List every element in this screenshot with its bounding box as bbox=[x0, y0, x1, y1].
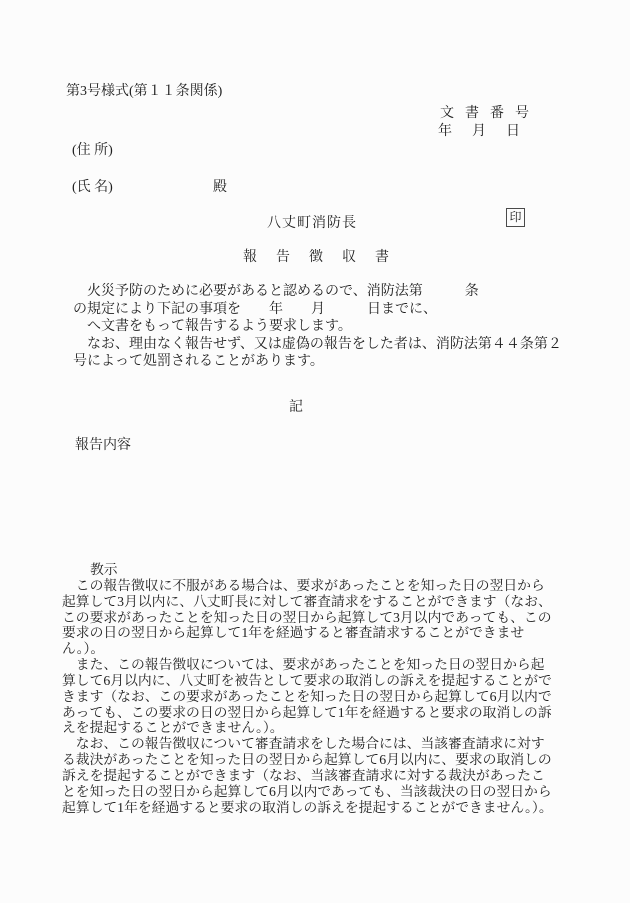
instruction-line: 訴えを提起することができます（なお、当該審査請求に対する裁決があったこ bbox=[62, 768, 553, 784]
form-number: 第3号様式(第１１条関係) bbox=[66, 80, 222, 100]
instruction-line: きます（なお、この要求があったことを知った日の翌日から起算して6月以内で bbox=[62, 689, 553, 705]
body-line: 号によって処罰されることがあります。 bbox=[73, 353, 562, 371]
sender-title: 八丈町消防長 bbox=[267, 212, 357, 232]
instruction-section: 教示 この報告徴収に不服がある場合は、要求があったことを知った日の翌日から 起算… bbox=[62, 562, 553, 816]
body-line: へ文書をもって報告するよう要求します。 bbox=[73, 318, 562, 336]
instruction-line: この要求があったことを知った日の翌日から起算して3月以内であっても、この bbox=[62, 610, 553, 626]
document-page: 第3号様式(第１１条関係) 文書番号 年月日 (住 所) (氏 名) 殿 八丈町… bbox=[0, 0, 630, 903]
instruction-line: ん。）。 bbox=[62, 641, 553, 657]
instruction-line: なお、この報告徴収について審査請求をした場合には、当該審査請求に対す bbox=[62, 736, 553, 752]
instruction-line: る裁決があったことを知った日の翌日から起算して6月以内に、要求の取消しの bbox=[62, 752, 553, 768]
instruction-line: この報告徴収に不服がある場合は、要求があったことを知った日の翌日から bbox=[62, 578, 553, 594]
honorific-dono: 殿 bbox=[213, 176, 227, 196]
instruction-line: えを提起することができません。）。 bbox=[62, 720, 553, 736]
instruction-line: 要求の日の翌日から起算して1年を経過すると審査請求することができませ bbox=[62, 625, 553, 641]
seal-placeholder: 印 bbox=[506, 208, 525, 227]
instruction-line: 起算して3月以内に、八丈町長に対して審査請求をすることができます（なお、 bbox=[62, 594, 553, 610]
instruction-line: とを知った日の翌日から起算して6月以内であっても、当該裁決の日の翌日から bbox=[62, 784, 553, 800]
name-label: (氏 名) bbox=[72, 176, 113, 196]
document-title: 報告徴収書 bbox=[243, 246, 408, 266]
body-line: の規定により下記の事項を 年 月 日までに、 bbox=[73, 301, 562, 319]
instruction-line: あっても、この要求の日の翌日から起算して1年を経過すると要求の取消しの訴 bbox=[62, 705, 553, 721]
address-label: (住 所) bbox=[72, 139, 113, 159]
instruction-line: 算して6月以内に、八丈町を被告として要求の取消しの訴えを提起することがで bbox=[62, 673, 553, 689]
instruction-line: 起算して1年を経過すると要求の取消しの訴えを提起することができません。）。 bbox=[62, 800, 553, 816]
document-number-label: 文書番号 bbox=[440, 102, 540, 122]
date-placeholder: 年月日 bbox=[438, 120, 540, 140]
record-marker: 記 bbox=[289, 396, 303, 416]
instruction-heading: 教示 bbox=[62, 562, 553, 578]
body-line: 火災予防のために必要があると認めるので、消防法第 条 bbox=[73, 283, 562, 301]
body-line: なお、理由なく報告せず、又は虚偽の報告をした者は、消防法第４４条第２ bbox=[73, 336, 562, 354]
body-paragraph: 火災予防のために必要があると認めるので、消防法第 条 の規定により下記の事項を … bbox=[73, 283, 562, 371]
instruction-line: また、この報告徴収については、要求があったことを知った日の翌日から起 bbox=[62, 657, 553, 673]
report-content-label: 報告内容 bbox=[75, 434, 131, 454]
